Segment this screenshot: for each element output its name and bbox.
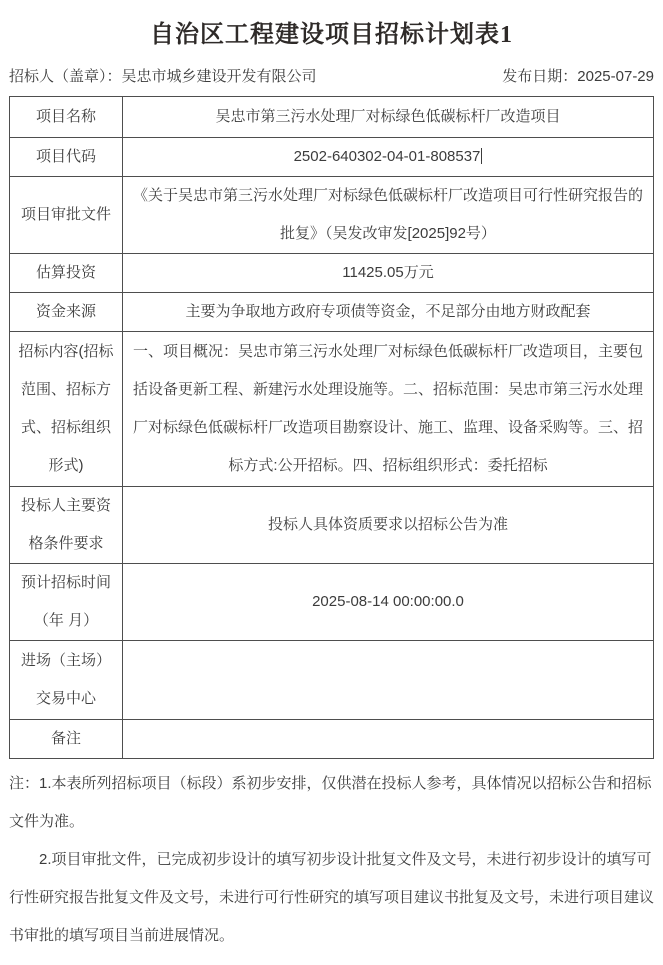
page-title: 自治区工程建设项目招标计划表1 [9, 14, 654, 49]
project-code-value[interactable]: 2502-640302-04-01-808537 [123, 138, 654, 177]
remarks-value [123, 720, 654, 759]
row-label: 进场（主场）交易中心 [10, 641, 123, 720]
bidder-name-text: 招标人（盖章）：吴忠市城乡建设开发有限公司 [9, 65, 317, 86]
row-label: 估算投资 [10, 254, 123, 293]
tender-plan-page: 自治区工程建设项目招标计划表1 招标人（盖章）：吴忠市城乡建设开发有限公司 发布… [0, 0, 663, 965]
approval-document-value: 《关于吴忠市第三污水处理厂对标绿色低碳标杆厂改造项目可行性研究报告的批复》（吴发… [123, 177, 654, 254]
note-2: 2.项目审批文件，已完成初步设计的填写初步设计批复文件及文号，未进行初步设计的填… [9, 841, 654, 955]
table-row-trading-center: 进场（主场）交易中心 [10, 641, 654, 720]
table-row-expected-tender-time: 预计招标时间（年 月） 2025-08-14 00:00:00.0 [10, 564, 654, 641]
bidder-qualification-value: 投标人具体资质要求以招标公告为准 [123, 487, 654, 564]
note-1: 注：1.本表所列招标项目（标段）系初步安排，仅供潜在投标人参考，具体情况以招标公… [9, 765, 654, 841]
table-row-estimated-investment: 估算投资 11425.05万元 [10, 254, 654, 293]
text-cursor [481, 148, 482, 164]
row-label: 备注 [10, 720, 123, 759]
table-row-approval-document: 项目审批文件 《关于吴忠市第三污水处理厂对标绿色低碳标杆厂改造项目可行性研究报告… [10, 177, 654, 254]
funding-source-value: 主要为争取地方政府专项债等资金，不足部分由地方财政配套 [123, 293, 654, 332]
row-label: 招标内容(招标范围、招标方式、招标组织形式) [10, 332, 123, 487]
row-label: 项目名称 [10, 97, 123, 138]
table-row-tender-content: 招标内容(招标范围、招标方式、招标组织形式) 一、项目概况：吴忠市第三污水处理厂… [10, 332, 654, 487]
tender-info-table: 项目名称 吴忠市第三污水处理厂对标绿色低碳标杆厂改造项目 项目代码 2502-6… [9, 96, 654, 759]
row-label: 资金来源 [10, 293, 123, 332]
estimated-investment-value: 11425.05万元 [123, 254, 654, 293]
row-label: 投标人主要资格条件要求 [10, 487, 123, 564]
project-code-text: 2502-640302-04-01-808537 [294, 148, 481, 165]
table-row-funding-source: 资金来源 主要为争取地方政府专项债等资金，不足部分由地方财政配套 [10, 293, 654, 332]
table-row-bidder-qualification: 投标人主要资格条件要求 投标人具体资质要求以招标公告为准 [10, 487, 654, 564]
publish-date-text: 发布日期：2025-07-29 [502, 65, 654, 86]
trading-center-value [123, 641, 654, 720]
meta-row: 招标人（盖章）：吴忠市城乡建设开发有限公司 发布日期：2025-07-29 [9, 65, 654, 86]
table-row-remarks: 备注 [10, 720, 654, 759]
row-label: 项目审批文件 [10, 177, 123, 254]
table-row-project-code: 项目代码 2502-640302-04-01-808537 [10, 138, 654, 177]
row-label: 项目代码 [10, 138, 123, 177]
row-label: 预计招标时间（年 月） [10, 564, 123, 641]
table-row-project-name: 项目名称 吴忠市第三污水处理厂对标绿色低碳标杆厂改造项目 [10, 97, 654, 138]
expected-tender-time-value: 2025-08-14 00:00:00.0 [123, 564, 654, 641]
project-name-value: 吴忠市第三污水处理厂对标绿色低碳标杆厂改造项目 [123, 97, 654, 138]
tender-content-value: 一、项目概况：吴忠市第三污水处理厂对标绿色低碳标杆厂改造项目，主要包括设备更新工… [123, 332, 654, 487]
